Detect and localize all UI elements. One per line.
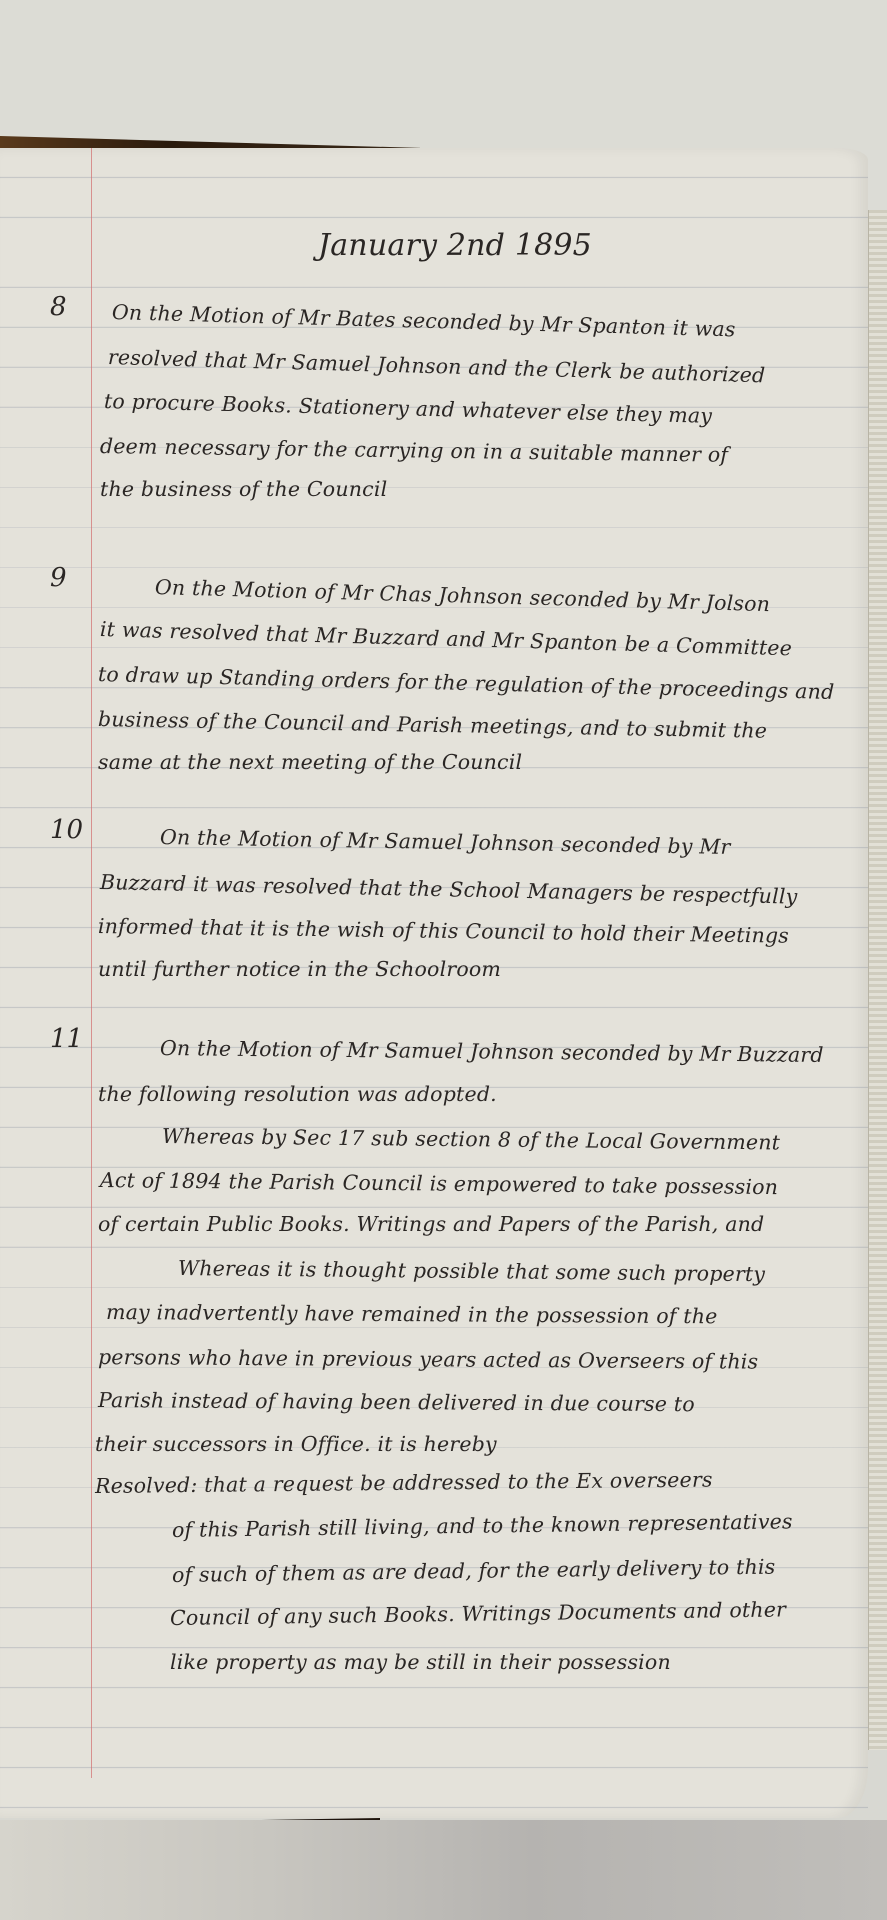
entry-number: 8 [50, 292, 67, 322]
entry-line: Parish instead of having been delivered … [98, 1388, 695, 1416]
margin-rule [91, 148, 92, 1778]
page-stack-edge [868, 210, 887, 1750]
entry-line: same at the next meeting of the Council [98, 750, 522, 774]
entry-line: like property as may be still in their p… [170, 1650, 671, 1674]
entry-line: the business of the Council [100, 477, 387, 501]
background-surface [0, 0, 887, 150]
entry-line: their successors in Office. it is hereby [95, 1432, 497, 1456]
entry-number: 10 [50, 815, 83, 845]
entry-number: 11 [50, 1024, 83, 1054]
entry-line: until further notice in the Schoolroom [98, 957, 501, 981]
entry-number: 9 [50, 563, 67, 593]
entry-line: persons who have in previous years acted… [98, 1345, 758, 1374]
underlying-sheet [0, 1820, 887, 1920]
entry-line: the following resolution was adopted. [98, 1082, 497, 1106]
entry-line: may inadvertently have remained in the p… [106, 1300, 718, 1328]
date-heading: January 2nd 1895 [318, 228, 592, 263]
entry-line: of certain Public Books. Writings and Pa… [98, 1212, 764, 1236]
